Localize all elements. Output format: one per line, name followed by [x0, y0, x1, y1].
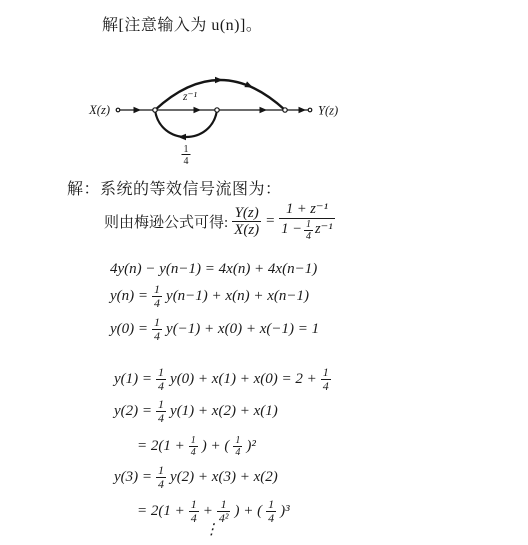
- math-fraction: 14: [152, 283, 162, 310]
- recursive-form-equation: y(n) =14y(n−1) + x(n) + x(n−1): [110, 283, 309, 310]
- math-text: y(n) =: [110, 288, 148, 305]
- node: [153, 108, 157, 112]
- arrow-right-icon: [244, 81, 254, 90]
- svg-text:4: 4: [184, 156, 189, 167]
- document-page: 解[注意输入为 u(n)]。 X(z) Y(z) z⁻¹: [0, 0, 528, 545]
- transfer-function-lhs: Y(z) X(z): [232, 205, 261, 239]
- math-fraction: 14: [266, 498, 276, 525]
- value-y1: y(1) =14y(0) + x(1) + x(0) = 2 +14: [114, 366, 331, 393]
- equals-sign: =: [265, 213, 275, 230]
- math-text: z⁻¹: [315, 222, 333, 238]
- math-text: )²: [246, 438, 256, 455]
- math-text: ) + (: [234, 503, 262, 520]
- node: [215, 108, 219, 112]
- transfer-function-rhs: 1 + z⁻¹ 1 − 1 4 z⁻¹: [279, 202, 334, 242]
- delay-branch: [155, 77, 285, 110]
- math-text: y(1) =: [114, 371, 152, 388]
- math-text: y(2) =: [114, 403, 152, 420]
- math-fraction: 14: [189, 498, 199, 525]
- math-fraction: 14: [321, 366, 331, 393]
- math-fraction: 14: [152, 316, 162, 343]
- math-fraction: 14: [189, 435, 198, 458]
- math-text: Y(z): [233, 205, 261, 222]
- arrow-left-icon: [178, 134, 186, 140]
- arrow-right-icon: [194, 107, 202, 114]
- continuation-dots: ⋮: [204, 522, 219, 539]
- math-text: 4y(n) − y(n−1) = 4x(n) + 4x(n−1): [110, 261, 317, 278]
- svg-text:1: 1: [184, 144, 189, 155]
- math-text: +: [203, 503, 213, 520]
- math-text: y(−1) + x(0) + x(−1) = 1: [166, 321, 319, 338]
- math-fraction: 14: [156, 366, 166, 393]
- math-text: ⋮: [204, 522, 219, 539]
- math-text: y(0) =: [110, 321, 148, 338]
- value-y3: y(3) =14y(2) + x(3) + x(2): [114, 464, 278, 491]
- main-signal-path: [120, 107, 308, 114]
- math-fraction: 1 4: [304, 219, 313, 242]
- math-text: y(3) =: [114, 469, 152, 486]
- math-text: 1 −: [281, 222, 302, 238]
- math-fraction: 14: [156, 398, 166, 425]
- equivalent-graph-note: 解：系统的等效信号流图为：: [67, 176, 282, 199]
- difference-equation: 4y(n) − y(n−1) = 4x(n) + 4x(n−1): [110, 261, 317, 278]
- mason-formula: 则由梅逊公式可得: Y(z) X(z) = 1 + z⁻¹ 1 − 1 4 z⁻…: [104, 202, 335, 242]
- delay-gain-label: z⁻¹: [182, 91, 198, 103]
- denominator-expression: 1 − 1 4 z⁻¹: [279, 218, 334, 242]
- math-text: y(0) + x(1) + x(0) = 2 +: [170, 371, 317, 388]
- math-fraction: 14: [233, 435, 242, 458]
- math-text: = 2(1 +: [137, 503, 185, 520]
- mason-prefix: 则由梅逊公式可得:: [104, 211, 228, 232]
- math-text: = 2(1 +: [137, 438, 185, 455]
- source-node: [116, 108, 120, 112]
- feedback-branch: [155, 110, 217, 140]
- node: [283, 108, 287, 112]
- math-text: 1 + z⁻¹: [284, 202, 330, 218]
- signal-flow-graph: X(z) Y(z) z⁻¹ 1 4: [70, 58, 350, 170]
- arrow-right-icon: [134, 107, 142, 114]
- math-text: )³: [280, 503, 290, 520]
- math-text: y(2) + x(3) + x(2): [170, 469, 278, 486]
- math-text: 4: [304, 230, 313, 242]
- solution-note: 解[注意输入为 u(n)]。: [102, 12, 262, 35]
- feedback-gain-fraction: 1 4: [182, 144, 191, 167]
- initial-value-y0: y(0) =14y(−1) + x(0) + x(−1) = 1: [110, 316, 319, 343]
- value-y2-expanded: = 2(1 +14) + (14)²: [137, 435, 256, 458]
- math-text: ) + (: [202, 438, 230, 455]
- arrow-right-icon: [215, 77, 223, 83]
- arrow-right-icon: [299, 107, 307, 114]
- math-fraction: 14: [156, 464, 166, 491]
- math-text: y(n−1) + x(n) + x(n−1): [166, 288, 309, 305]
- output-label: Y(z): [318, 104, 338, 118]
- input-label: X(z): [88, 103, 110, 117]
- math-text: y(1) + x(2) + x(1): [170, 403, 278, 420]
- math-text: 1: [304, 219, 313, 230]
- sink-node: [308, 108, 312, 112]
- math-text: X(z): [232, 221, 261, 239]
- arrow-right-icon: [260, 107, 268, 114]
- value-y2: y(2) =14y(1) + x(2) + x(1): [114, 398, 278, 425]
